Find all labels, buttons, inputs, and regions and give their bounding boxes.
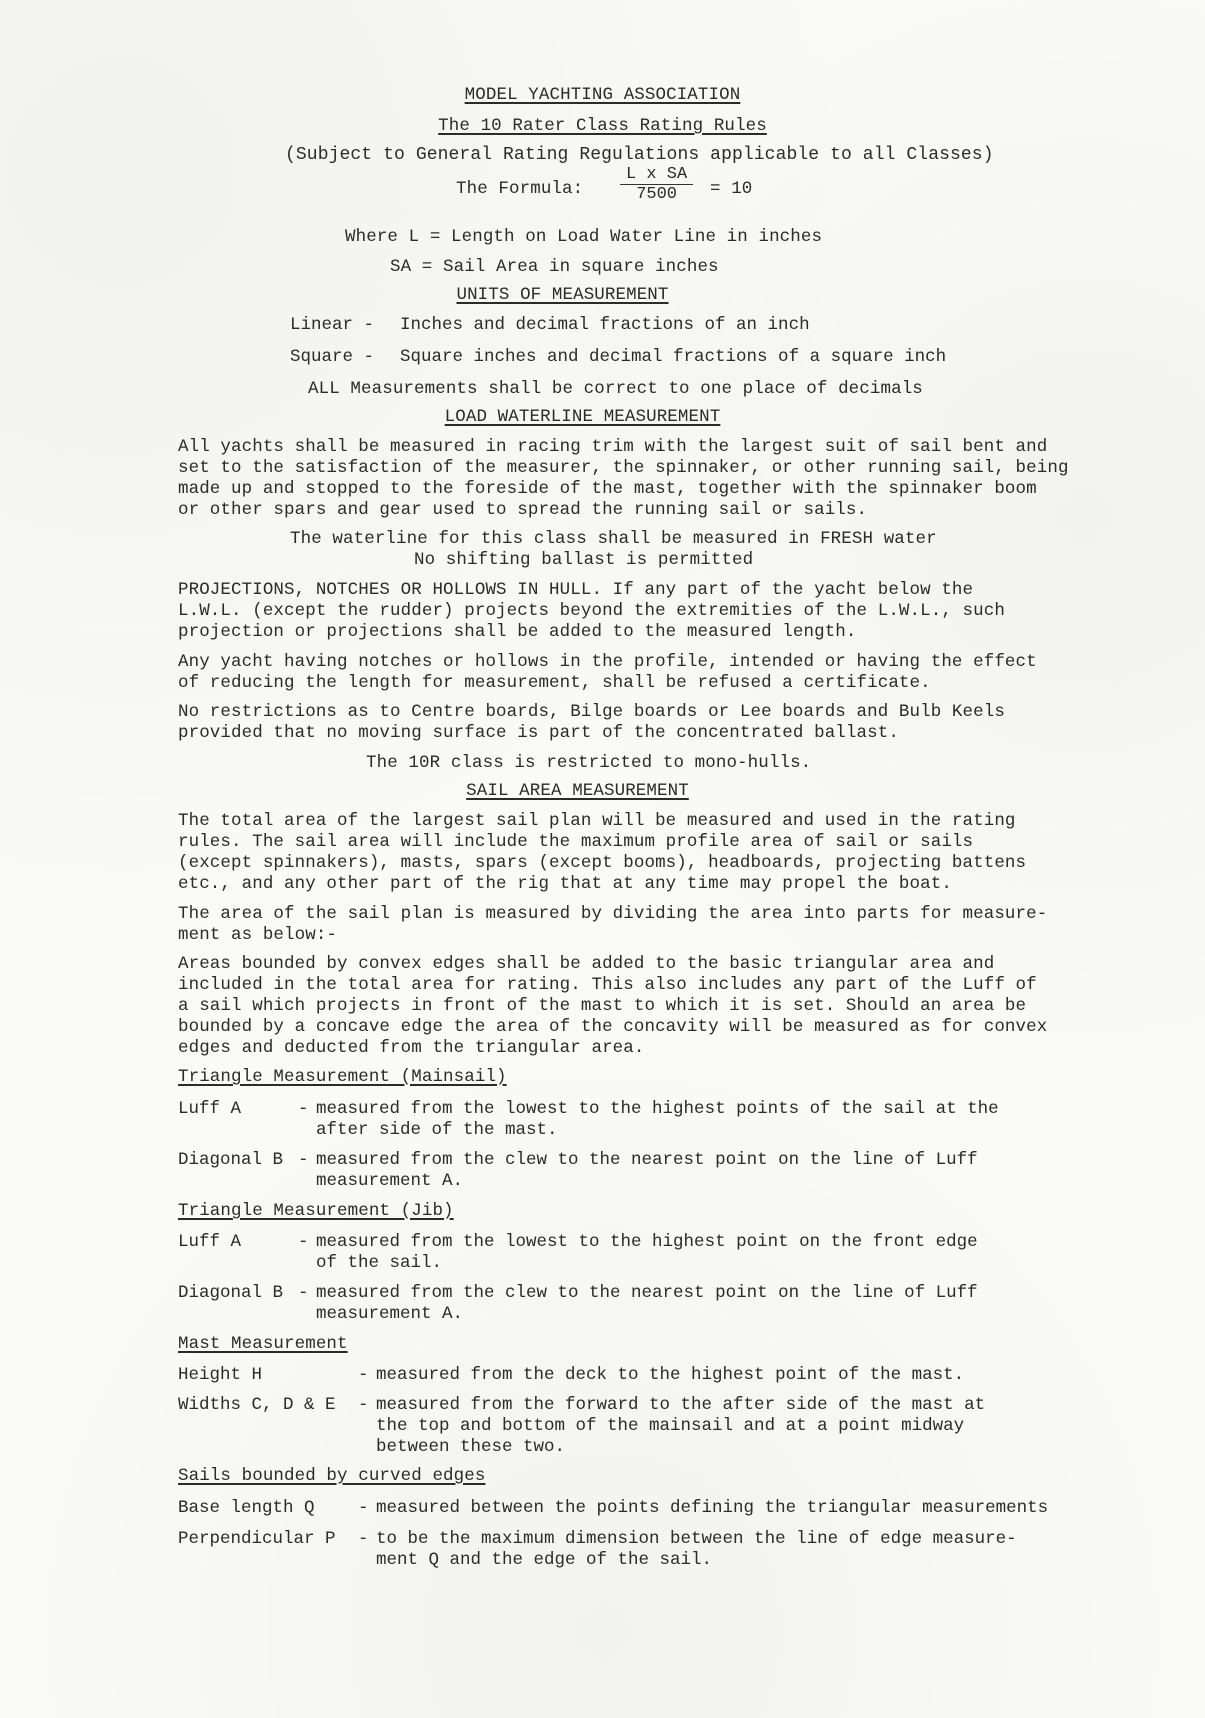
mast-def-line: the top and bottom of the mainsail and a… bbox=[376, 1415, 964, 1437]
sail-para1-line: rules. The sail area will include the ma… bbox=[178, 831, 973, 853]
doc-title-text: The 10 Rater Class Rating Rules bbox=[438, 116, 767, 136]
sail-para3-line: included in the total area for rating. T… bbox=[178, 974, 1037, 996]
lwl-para2-line: projection or projections shall be added… bbox=[178, 621, 857, 643]
mainsail-term: Diagonal B bbox=[178, 1149, 283, 1171]
mainsail-def-line: measured from the clew to the nearest po… bbox=[316, 1149, 978, 1171]
mast-heading-text: Mast Measurement bbox=[178, 1334, 348, 1354]
mainsail-def-line: after side of the mast. bbox=[316, 1119, 558, 1141]
jib-dash: - bbox=[298, 1282, 309, 1304]
curved-def-line: ment Q and the edge of the sail. bbox=[376, 1549, 712, 1571]
sail-heading-text: SAIL AREA MEASUREMENT bbox=[466, 781, 689, 801]
formula-label: The Formula: bbox=[456, 178, 583, 200]
units-heading: UNITS OF MEASUREMENT bbox=[0, 284, 1165, 306]
jib-def-line: measured from the clew to the nearest po… bbox=[316, 1282, 978, 1304]
lwl-para1-line: All yachts shall be measured in racing t… bbox=[178, 436, 1047, 458]
lwl-para1-line: set to the satisfaction of the measurer,… bbox=[178, 457, 1069, 479]
units-linear-label: Linear - bbox=[290, 314, 374, 336]
lwl-para2-line: L.W.L. (except the rudder) projects beyo… bbox=[178, 600, 1005, 622]
mast-dash: - bbox=[358, 1364, 369, 1386]
mainsail-def-line: measurement A. bbox=[316, 1170, 463, 1192]
lwl-ballast: No shifting ballast is permitted bbox=[414, 549, 753, 571]
lwl-para4-line: No restrictions as to Centre boards, Bil… bbox=[178, 701, 1005, 723]
sail-para2-line: The area of the sail plan is measured by… bbox=[178, 903, 1047, 925]
curved-term: Base length Q bbox=[178, 1497, 315, 1519]
lwl-para2-line: PROJECTIONS, NOTCHES OR HOLLOWS IN HULL.… bbox=[178, 579, 973, 601]
mast-term: Height H bbox=[178, 1364, 262, 1386]
curved-dash: - bbox=[358, 1497, 369, 1519]
mainsail-def-line: measured from the lowest to the highest … bbox=[316, 1098, 999, 1120]
formula-equals: = 10 bbox=[710, 178, 752, 200]
lwl-para1-line: or other spars and gear used to spread t… bbox=[178, 499, 867, 521]
lwl-para3-line: of reducing the length for measurement, … bbox=[178, 672, 931, 694]
lwl-mono-hulls: The 10R class is restricted to mono-hull… bbox=[366, 752, 811, 774]
mainsail-heading: Triangle Measurement (Mainsail) bbox=[178, 1066, 507, 1088]
curved-term: Perpendicular P bbox=[178, 1528, 336, 1550]
sail-para1-line: etc., and any other part of the rig that… bbox=[178, 873, 952, 895]
units-square-text: Square inches and decimal fractions of a… bbox=[400, 346, 946, 368]
sail-para3-line: Areas bounded by convex edges shall be a… bbox=[178, 953, 994, 975]
jib-heading: Triangle Measurement (Jib) bbox=[178, 1200, 454, 1222]
units-square-label: Square - bbox=[290, 346, 374, 368]
sail-para1-line: (except spinnakers), masts, spars (excep… bbox=[178, 852, 1026, 874]
formula-fraction: L x SA 7500 bbox=[620, 165, 693, 204]
lwl-para4-line: provided that no moving surface is part … bbox=[178, 722, 899, 744]
units-all: ALL Measurements shall be correct to one… bbox=[308, 378, 923, 400]
jib-def-line: measured from the lowest to the highest … bbox=[316, 1231, 978, 1253]
mainsail-dash: - bbox=[298, 1149, 309, 1171]
curved-def-line: to be the maximum dimension between the … bbox=[376, 1528, 1017, 1550]
lwl-para3-line: Any yacht having notches or hollows in t… bbox=[178, 651, 1037, 673]
units-heading-text: UNITS OF MEASUREMENT bbox=[456, 285, 668, 305]
sail-para3-line: edges and deducted from the triangular a… bbox=[178, 1037, 644, 1059]
org-title: MODEL YACHTING ASSOCIATION bbox=[0, 84, 1205, 106]
sail-para2-line: ment as below:- bbox=[178, 924, 337, 946]
mast-def-line: measured from the forward to the after s… bbox=[376, 1394, 985, 1416]
sail-para1-line: The total area of the largest sail plan … bbox=[178, 810, 1016, 832]
jib-def-line: measurement A. bbox=[316, 1303, 463, 1325]
mainsail-dash: - bbox=[298, 1098, 309, 1120]
curved-heading-text: Sails bounded by curved edges bbox=[178, 1466, 485, 1486]
mast-heading: Mast Measurement bbox=[178, 1333, 348, 1355]
mainsail-term: Luff A bbox=[178, 1098, 241, 1120]
mast-term: Widths C, D & E bbox=[178, 1394, 336, 1416]
mast-dash: - bbox=[358, 1394, 369, 1416]
lwl-para1-line: made up and stopped to the foreside of t… bbox=[178, 478, 1037, 500]
mast-def-line: between these two. bbox=[376, 1436, 565, 1458]
formula-denominator: 7500 bbox=[620, 185, 693, 204]
jib-def-line: of the sail. bbox=[316, 1252, 442, 1274]
jib-dash: - bbox=[298, 1231, 309, 1253]
jib-heading-text: Triangle Measurement (Jib) bbox=[178, 1201, 454, 1221]
curved-heading: Sails bounded by curved edges bbox=[178, 1465, 485, 1487]
formula-numerator: L x SA bbox=[620, 165, 693, 185]
org-title-text: MODEL YACHTING ASSOCIATION bbox=[465, 85, 741, 105]
curved-dash: - bbox=[358, 1528, 369, 1550]
sail-para3-line: bounded by a concave edge the area of th… bbox=[178, 1016, 1047, 1038]
doc-title: The 10 Rater Class Rating Rules bbox=[0, 115, 1205, 137]
doc-subtitle: (Subject to General Rating Regulations a… bbox=[285, 144, 994, 166]
document-page: MODEL YACHTING ASSOCIATION The 10 Rater … bbox=[0, 0, 1205, 1718]
lwl-heading: LOAD WATERLINE MEASUREMENT bbox=[0, 406, 1185, 428]
sail-para3-line: a sail which projects in front of the ma… bbox=[178, 995, 1026, 1017]
jib-term: Luff A bbox=[178, 1231, 241, 1253]
curved-def-line: measured between the points defining the… bbox=[376, 1497, 1048, 1519]
sail-heading: SAIL AREA MEASUREMENT bbox=[0, 780, 1180, 802]
lwl-fresh-water: The waterline for this class shall be me… bbox=[290, 528, 937, 550]
lwl-heading-text: LOAD WATERLINE MEASUREMENT bbox=[445, 407, 721, 427]
formula-where-l: Where L = Length on Load Water Line in i… bbox=[345, 226, 822, 248]
formula-where-sa: SA = Sail Area in square inches bbox=[390, 256, 719, 278]
mast-def-line: measured from the deck to the highest po… bbox=[376, 1364, 964, 1386]
units-linear-text: Inches and decimal fractions of an inch bbox=[400, 314, 810, 336]
jib-term: Diagonal B bbox=[178, 1282, 283, 1304]
mainsail-heading-text: Triangle Measurement (Mainsail) bbox=[178, 1067, 507, 1087]
